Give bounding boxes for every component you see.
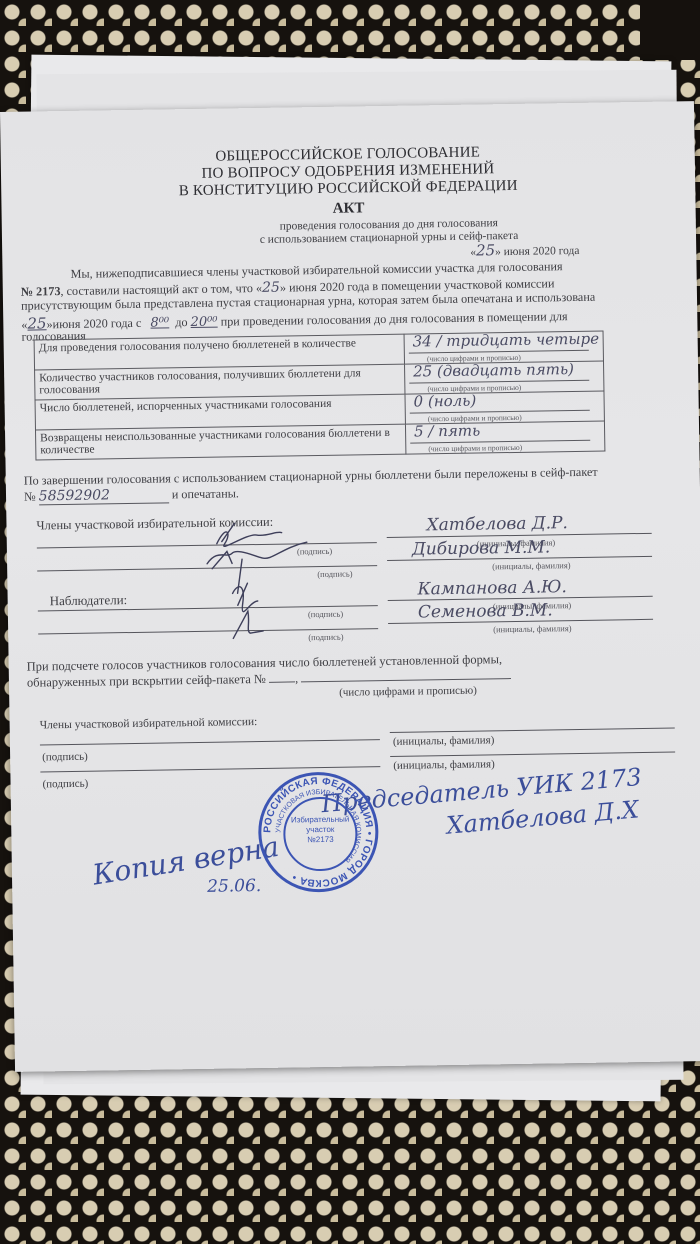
document-page: ОБЩЕРОССИЙСКОЕ ГОЛОСОВАНИЕ ПО ВОПРОСУ ОД… [0,101,700,1072]
count-caption: (число цифрами и прописью) [339,685,477,699]
handwritten-date: 25.06. [207,876,261,897]
handwritten-safe-packet-number: 58592902 [39,486,169,505]
handwritten-name: Семенова В.М. [418,600,553,622]
handwritten-day: 25 [476,241,495,259]
observers-label: Наблюдатели: [50,592,128,609]
handwritten-end-time: 20⁰⁰ [191,315,218,330]
background-shadow [640,0,700,60]
handwritten-name: Хатбелова Д.Р. [426,513,568,535]
handwritten-name: Дибирова М.М. [412,537,551,559]
handwritten-value: 25 (двадцать пять) [413,360,574,381]
table-row-value-cell: 25 (двадцать пять) (число цифрами и проп… [405,361,604,394]
name-line [390,751,675,756]
precinct-number: № 2173 [21,284,61,299]
completion-line-1: По завершении голосования с использовани… [24,465,598,489]
stamp-center-text: Избирательный участок №2173 [285,815,355,846]
completion-line-2: № 58592902 и опечатаны. [24,485,239,505]
handwritten-start-time: 8⁰⁰ [150,315,169,330]
handwritten-name: Кампанова А.Ю. [417,577,567,599]
handwritten-day: 25 [262,280,280,296]
document-header: ОБЩЕРОССИЙСКОЕ ГОЛОСОВАНИЕ ПО ВОПРОСУ ОД… [1,141,696,203]
value-caption: (число цифрами и прописью) [428,443,522,453]
act-date: «25» июня 2020 года [470,242,579,260]
handwritten-value: 0 (ноль) [413,392,476,411]
blank-field [301,678,511,682]
table-row-value-cell: 0 (ноль) (число цифрами и прописью) [405,391,604,424]
handwritten-value: 34 / тридцать четыре [413,330,600,351]
members-label-2: Члены участковой избирательной комиссии: [40,716,258,731]
signature-caption: (подпись) [42,778,88,791]
handwritten-value: 5 / пять [414,421,480,440]
signature-line [40,739,380,745]
ballot-count-table: Для проведения голосования получено бюлл… [34,331,606,461]
initials-caption: (инициалы, фамилия) [493,623,572,634]
signature-caption: (подпись) [42,751,88,764]
official-seal-stamp: РОССИЙСКАЯ ФЕДЕРАЦИЯ • ГОРОД МОСКВА • УЧ… [257,771,379,893]
name-line [390,727,675,732]
initials-caption: (инициалы, фамилия) [393,758,495,772]
handwritten-signatures [186,512,328,654]
blank-field [269,681,295,682]
table-row-label: Возвращены неиспользованные участниками … [35,424,405,460]
table-row-value-cell: 5 / пять (число цифрами и прописью) [405,421,604,454]
initials-caption: (инициалы, фамилия) [492,560,571,571]
initials-caption: (инициалы, фамилия) [393,734,495,748]
